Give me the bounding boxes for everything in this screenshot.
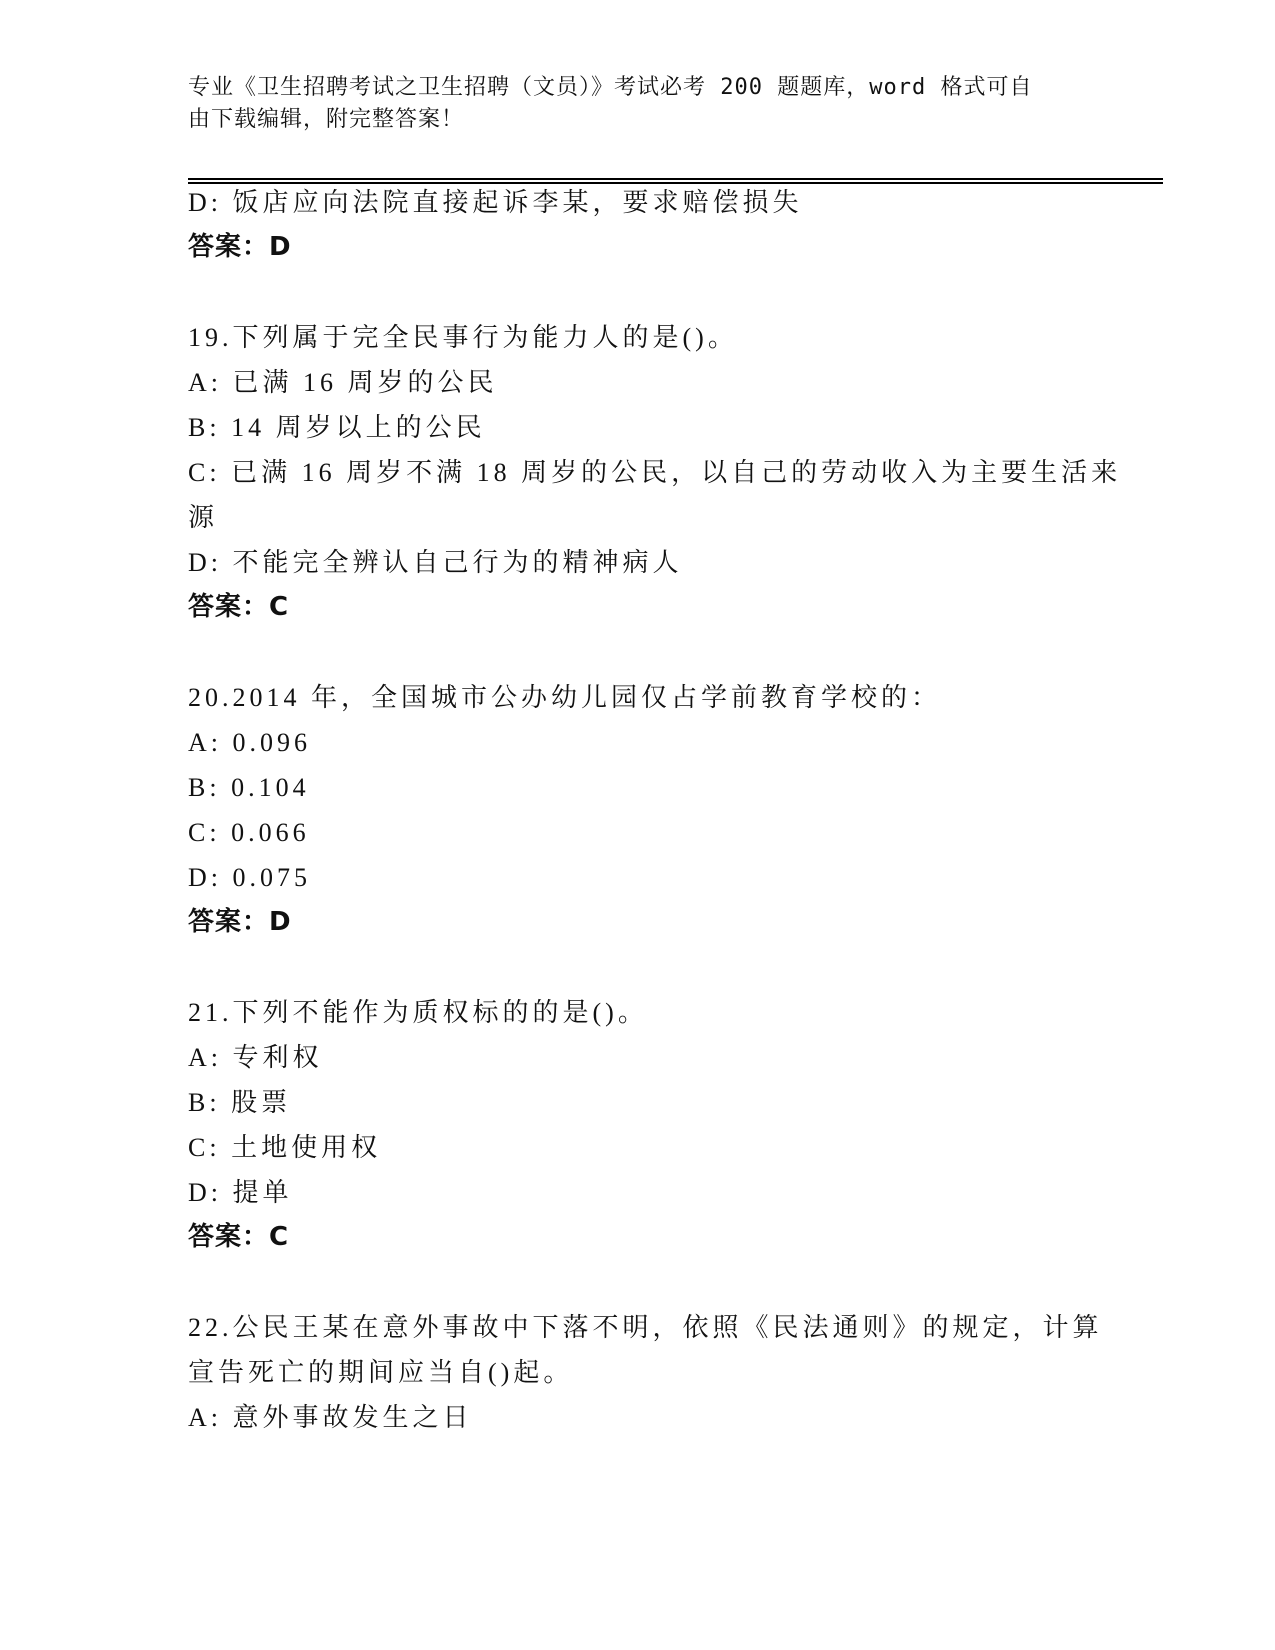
question-19-option-a: A: 已满 16 周岁的公民 — [188, 360, 498, 405]
document-page: 专业《卫生招聘考试之卫生招聘（文员）》考试必考 200 题题库，word 格式可… — [0, 0, 1275, 1650]
question-20-stem: 20.2014 年，全国城市公办幼儿园仅占学前教育学校的： — [188, 675, 941, 720]
question-19-option-d: D: 不能完全辨认自己行为的精神病人 — [188, 540, 683, 585]
document-header: 专业《卫生招聘考试之卫生招聘（文员）》考试必考 200 题题库，word 格式可… — [188, 72, 1088, 136]
question-21-option-b: B: 股票 — [188, 1080, 291, 1125]
question-21-option-d: D: 提单 — [188, 1170, 293, 1215]
question-21-stem: 21.下列不能作为质权标的的是()。 — [188, 990, 648, 1035]
question-20-option-a: A: 0.096 — [188, 720, 311, 765]
question-22-stem-line-1: 22.公民王某在意外事故中下落不明，依照《民法通则》的规定，计算 — [188, 1305, 1103, 1350]
prev-question-option-d: D: 饭店应向法院直接起诉李某，要求赔偿损失 — [188, 180, 803, 225]
header-title-line-1: 专业《卫生招聘考试之卫生招聘（文员）》考试必考 200 题题库，word 格式可… — [188, 72, 1088, 104]
question-20-answer: 答案：D — [188, 900, 292, 945]
question-21-option-a: A: 专利权 — [188, 1035, 323, 1080]
question-22-stem-line-2: 宣告死亡的期间应当自()起。 — [188, 1350, 573, 1395]
question-21-option-c: C: 土地使用权 — [188, 1125, 381, 1170]
prev-question-answer: 答案：D — [188, 225, 292, 270]
question-19-option-b: B: 14 周岁以上的公民 — [188, 405, 486, 450]
question-19-stem: 19.下列属于完全民事行为能力人的是()。 — [188, 315, 738, 360]
question-19-option-c: C: 已满 16 周岁不满 18 周岁的公民，以自己的劳动收入为主要生活来 — [188, 450, 1121, 495]
question-21-answer: 答案：C — [188, 1215, 289, 1260]
question-20-option-c: C: 0.066 — [188, 810, 310, 855]
header-title-line-2: 由下载编辑，附完整答案！ — [188, 104, 1088, 136]
question-19-answer: 答案：C — [188, 585, 289, 630]
question-22-option-a: A: 意外事故发生之日 — [188, 1395, 473, 1440]
question-19-option-c-cont: 源 — [188, 495, 218, 540]
question-20-option-b: B: 0.104 — [188, 765, 310, 810]
question-20-option-d: D: 0.075 — [188, 855, 311, 900]
